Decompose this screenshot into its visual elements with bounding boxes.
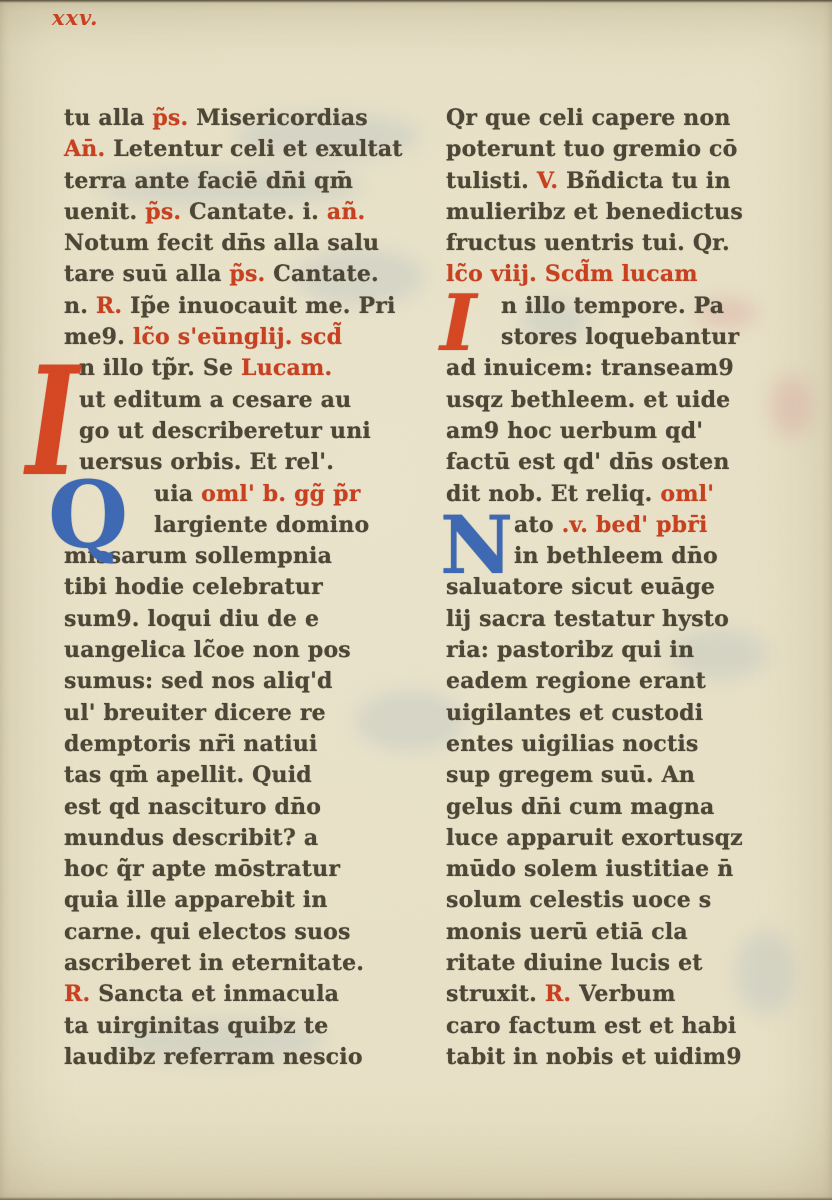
body-text: hoc q̃r apte mōstratur (64, 856, 340, 882)
text-line: n. R. Ip̃e inuocauit me. Pri (64, 291, 436, 322)
body-text: n illo tempore. Pa (501, 293, 724, 319)
text-line: An̄. Letentur celi et exultat (64, 134, 436, 165)
text-line: gelus dn̄i cum magna (446, 792, 810, 823)
text-line: ad inuicem: transeam9 (446, 353, 810, 384)
body-text: n illo tp̃r. Se (79, 355, 241, 381)
body-text: mulieribz et benedictus (446, 199, 743, 225)
text-line: Notum fecit dn̄s alla salu (64, 228, 436, 259)
body-text: ta uirginitas quibz te (64, 1013, 328, 1039)
body-text: ad inuicem: transeam9 (446, 355, 734, 381)
body-text: sup gregem suū. An (446, 762, 695, 788)
text-line: terra ante faciē dn̄i qm̄ (64, 166, 436, 197)
text-line: est qd nascituro dn̄o (64, 792, 436, 823)
body-text: Misericordias (196, 105, 368, 131)
body-text: ut editum a cesare au (79, 387, 351, 413)
text-line: in bethleem dn̄o (446, 541, 810, 572)
text-line: entes uigilias noctis (446, 729, 810, 760)
body-text: demptoris nr̄i natiui (64, 731, 318, 757)
folio-number: xxv. (52, 5, 98, 30)
body-text: Bñdicta tu in (566, 168, 731, 194)
body-text: uenit. (64, 199, 145, 225)
rubric-text: V. (537, 168, 566, 194)
text-line: largiente domino (64, 510, 436, 541)
text-line: ta uirginitas quibz te (64, 1011, 436, 1042)
text-line: ria: pastoribz qui in (446, 635, 810, 666)
text-line: ascriberet in eternitate. (64, 948, 436, 979)
text-line: saluatore sicut euāge (446, 572, 810, 603)
rubric-text: .v. bed' pbr̄i (562, 512, 708, 538)
text-line: R. Sancta et inmacula (64, 979, 436, 1010)
body-text: Cantate. i. (189, 199, 327, 225)
text-line: quia ille apparebit in (64, 885, 436, 916)
text-line: lc̃o viij. Scd̃m lucam (446, 259, 810, 290)
text-line: tu alla p̃s. Misericordias (64, 103, 436, 134)
text-line: me9. lc̃o s'eūnglij. scd̃ (64, 322, 436, 353)
text-line: tabit in nobis et uidim9 (446, 1042, 810, 1073)
rubric-text: oml' b. gg̃ p̃r (201, 481, 360, 507)
body-text: ascriberet in eternitate. (64, 950, 364, 976)
text-line: tulisti. V. Bñdicta tu in (446, 166, 810, 197)
body-text: eadem regione erant (446, 668, 706, 694)
body-text: ato (514, 512, 562, 538)
text-line: tibi hodie celebratur (64, 572, 436, 603)
text-line: am9 hoc uerbum qd' (446, 416, 810, 447)
rubric-text: R. (96, 293, 130, 319)
text-line: uangelica lc̃oe non pos (64, 635, 436, 666)
text-line: stores loquebantur (446, 322, 810, 353)
body-text: luce apparuit exortusqz (446, 825, 743, 851)
body-text: uangelica lc̃oe non pos (64, 637, 351, 663)
rubric-text: añ. (327, 199, 366, 225)
rubric-text: p̃s. (229, 261, 273, 287)
body-text: ul' breuiter dicere re (64, 700, 326, 726)
text-line: uenit. p̃s. Cantate. i. añ. (64, 197, 436, 228)
body-text: me9. (64, 324, 133, 350)
text-line: dit nob. Et reliq. oml' (446, 479, 810, 510)
body-text: sumus: sed nos aliq'd (64, 668, 333, 694)
text-line: laudibz referram nescio (64, 1042, 436, 1073)
body-text: solum celestis uoce s (446, 887, 711, 913)
text-line: sumus: sed nos aliq'd (64, 666, 436, 697)
body-text: Ip̃e inuocauit me. Pri (130, 293, 395, 319)
body-text: ria: pastoribz qui in (446, 637, 694, 663)
body-text: tu alla (64, 105, 152, 131)
body-text: Qr que celi capere non (446, 105, 731, 131)
body-text: laudibz referram nescio (64, 1044, 363, 1070)
text-line: ritate diuine lucis et (446, 948, 810, 979)
rubric-text: lc̃o viij. Scd̃m lucam (446, 261, 698, 287)
body-text: Letentur celi et exultat (113, 136, 402, 162)
text-line: ul' breuiter dicere re (64, 698, 436, 729)
text-line: caro factum est et habi (446, 1011, 810, 1042)
body-text: carne. qui electos suos (64, 919, 351, 945)
body-text: ritate diuine lucis et (446, 950, 703, 976)
body-text: factū est qd' dn̄s osten (446, 449, 730, 475)
text-line: sum9. loqui diu de e (64, 604, 436, 635)
text-line: uigilantes et custodi (446, 698, 810, 729)
body-text: fructus uentris tui. Qr. (446, 230, 730, 256)
body-text: n. (64, 293, 96, 319)
rubric-text: lc̃o s'eūnglij. scd̃ (133, 324, 342, 350)
text-line: mulieribz et benedictus (446, 197, 810, 228)
rubric-text: oml' (660, 481, 714, 507)
rubric-text: R. (64, 981, 98, 1007)
rubric-text: p̃s. (152, 105, 196, 131)
text-line: uia oml' b. gg̃ p̃r (64, 479, 436, 510)
text-line: usqz bethleem. et uide (446, 385, 810, 416)
text-line: poterunt tuo gremio cō (446, 134, 810, 165)
text-line: demptoris nr̄i natiui (64, 729, 436, 760)
text-line: Qr que celi capere non (446, 103, 810, 134)
text-line: struxit. R. Verbum (446, 979, 810, 1010)
rubric-text: p̃s. (145, 199, 189, 225)
text-line: tare suū alla p̃s. Cantate. (64, 259, 436, 290)
body-text: poterunt tuo gremio cō (446, 136, 738, 162)
text-line: fructus uentris tui. Qr. (446, 228, 810, 259)
body-text: entes uigilias noctis (446, 731, 698, 757)
body-text: tibi hodie celebratur (64, 574, 323, 600)
text-line: carne. qui electos suos (64, 917, 436, 948)
body-text: est qd nascituro dn̄o (64, 794, 321, 820)
body-text: uia (154, 481, 201, 507)
text-line: n illo tempore. Pa (446, 291, 810, 322)
body-text: terra ante faciē dn̄i qm̄ (64, 168, 353, 194)
body-text: gelus dn̄i cum magna (446, 794, 714, 820)
body-text: struxit. (446, 981, 545, 1007)
body-text: Notum fecit dn̄s alla salu (64, 230, 379, 256)
body-text: usqz bethleem. et uide (446, 387, 730, 413)
text-line: uersus orbis. Et rel'. (64, 447, 436, 478)
text-line: solum celestis uoce s (446, 885, 810, 916)
body-text: Verbum (579, 981, 676, 1007)
body-text: go ut describeretur uni (79, 418, 371, 444)
body-text: Cantate. (273, 261, 379, 287)
body-text: tas qm̄ apellit. Quid (64, 762, 312, 788)
text-line: factū est qd' dn̄s osten (446, 447, 810, 478)
text-line: n illo tp̃r. Se Lucam. (64, 353, 436, 384)
text-line: mūdo solem iustitiae n̄ (446, 854, 810, 885)
body-text: caro factum est et habi (446, 1013, 736, 1039)
body-text: tabit in nobis et uidim9 (446, 1044, 742, 1070)
rubric-text: Lucam. (241, 355, 332, 381)
body-text: stores loquebantur (501, 324, 739, 350)
text-line: ato .v. bed' pbr̄i (446, 510, 810, 541)
body-text: uersus orbis. Et rel'. (79, 449, 334, 475)
text-line: sup gregem suū. An (446, 760, 810, 791)
text-line: luce apparuit exortusqz (446, 823, 810, 854)
body-text: tare suū alla (64, 261, 229, 287)
body-text: largiente domino (154, 512, 369, 538)
rubric-text: An̄. (64, 136, 113, 162)
text-line: tas qm̄ apellit. Quid (64, 760, 436, 791)
body-text: saluatore sicut euāge (446, 574, 715, 600)
manuscript-page: xxv. tu alla p̃s. MisericordiasAn̄. Lete… (0, 0, 832, 1200)
text-line: mundus describit? a (64, 823, 436, 854)
body-text: mundus describit? a (64, 825, 318, 851)
body-text: quia ille apparebit in (64, 887, 328, 913)
text-column-left: tu alla p̃s. MisericordiasAn̄. Letentur … (64, 103, 436, 1073)
text-line: eadem regione erant (446, 666, 810, 697)
text-line: lij sacra testatur hysto (446, 604, 810, 635)
text-line: hoc q̃r apte mōstratur (64, 854, 436, 885)
text-line: monis uerū etiā cla (446, 917, 810, 948)
body-text: sum9. loqui diu de e (64, 606, 319, 632)
text-line: missarum sollempnia (64, 541, 436, 572)
body-text: lij sacra testatur hysto (446, 606, 729, 632)
body-text: monis uerū etiā cla (446, 919, 688, 945)
body-text: dit nob. Et reliq. (446, 481, 660, 507)
text-column-right: Qr que celi capere nonpoterunt tuo gremi… (446, 103, 810, 1073)
body-text: missarum sollempnia (64, 543, 332, 569)
body-text: mūdo solem iustitiae n̄ (446, 856, 733, 882)
body-text: uigilantes et custodi (446, 700, 703, 726)
body-text: Sancta et inmacula (98, 981, 339, 1007)
text-line: ut editum a cesare au (64, 385, 436, 416)
body-text: tulisti. (446, 168, 537, 194)
body-text: in bethleem dn̄o (514, 543, 718, 569)
rubric-text: R. (545, 981, 579, 1007)
text-line: go ut describeretur uni (64, 416, 436, 447)
body-text: am9 hoc uerbum qd' (446, 418, 703, 444)
